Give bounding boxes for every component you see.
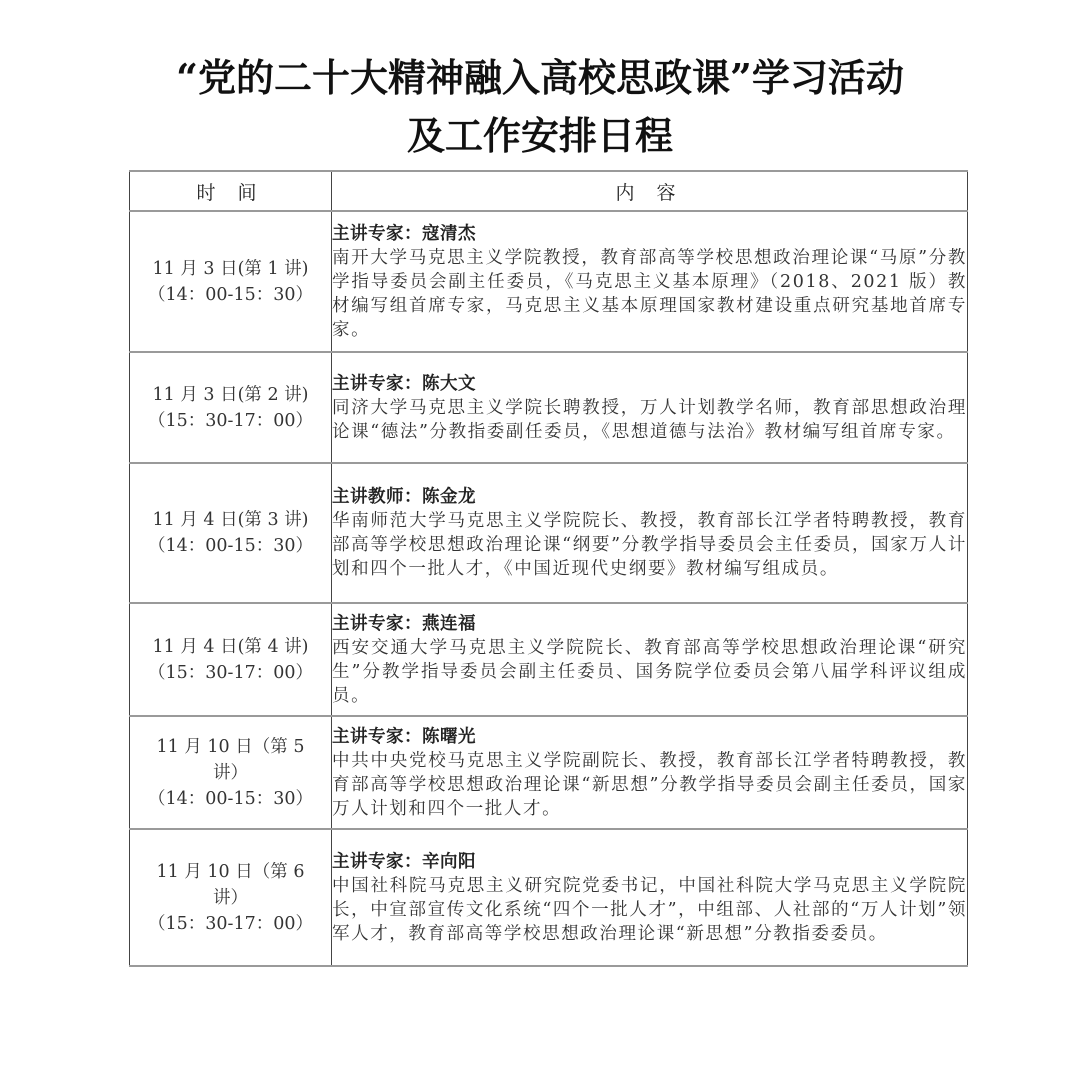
time-range: （15：30-17：00）	[130, 408, 331, 434]
schedule-table: 时 间 内 容 11 月 3 日(第 1 讲) （14：00-15：30） 主讲…	[129, 170, 968, 967]
time-range: （15：30-17：00）	[130, 911, 331, 937]
content-cell: 主讲教师：陈金龙 华南师范大学马克思主义学院院长、教授，教育部长江学者特聘教授，…	[332, 463, 968, 603]
time-date: 11 月 3 日(第 2 讲)	[130, 382, 331, 408]
document-title: “党的二十大精神融入高校思政课”学习活动 及工作安排日程	[0, 52, 1080, 162]
speaker-description: 南开大学马克思主义学院教授，教育部高等学校思想政治理论课“马原”分教学指导委员会…	[332, 246, 967, 342]
time-date-cont: 讲）	[130, 885, 331, 911]
title-line-1: “党的二十大精神融入高校思政课”学习活动	[0, 52, 1080, 104]
content-cell: 主讲专家：燕连福 西安交通大学马克思主义学院院长、教育部高等学校思想政治理论课“…	[332, 603, 968, 716]
time-date: 11 月 10 日（第 5	[130, 734, 331, 760]
time-range: （14：00-15：30）	[130, 533, 331, 559]
header-time: 时 间	[130, 171, 332, 211]
speaker-description: 华南师范大学马克思主义学院院长、教授，教育部长江学者特聘教授，教育部高等学校思想…	[332, 509, 967, 581]
table-row: 11 月 10 日（第 5 讲） （14：00-15：30） 主讲专家：陈曙光 …	[130, 716, 968, 829]
speaker-name: 主讲专家：寇清杰	[332, 222, 967, 246]
speaker-description: 中共中央党校马克思主义学院副院长、教授，教育部长江学者特聘教授，教育部高等学校思…	[332, 749, 967, 821]
speaker-name: 主讲专家：陈大文	[332, 372, 967, 396]
time-date: 11 月 4 日(第 3 讲)	[130, 507, 331, 533]
time-cell: 11 月 4 日(第 4 讲) （15：30-17：00）	[130, 603, 332, 716]
time-date: 11 月 3 日(第 1 讲)	[130, 256, 331, 282]
speaker-description: 西安交通大学马克思主义学院院长、教育部高等学校思想政治理论课“研究生”分教学指导…	[332, 636, 967, 708]
time-cell: 11 月 4 日(第 3 讲) （14：00-15：30）	[130, 463, 332, 603]
time-range: （14：00-15：30）	[130, 786, 331, 812]
time-cell: 11 月 10 日（第 5 讲） （14：00-15：30）	[130, 716, 332, 829]
table-row: 11 月 3 日(第 2 讲) （15：30-17：00） 主讲专家：陈大文 同…	[130, 352, 968, 463]
time-date: 11 月 10 日（第 6	[130, 859, 331, 885]
time-range: （15：30-17：00）	[130, 660, 331, 686]
content-cell: 主讲专家：寇清杰 南开大学马克思主义学院教授，教育部高等学校思想政治理论课“马原…	[332, 211, 968, 352]
speaker-description: 同济大学马克思主义学院长聘教授，万人计划教学名师，教育部思想政治理论课“德法”分…	[332, 396, 967, 444]
header-content: 内 容	[332, 171, 968, 211]
table-row: 11 月 4 日(第 4 讲) （15：30-17：00） 主讲专家：燕连福 西…	[130, 603, 968, 716]
content-cell: 主讲专家：陈曙光 中共中央党校马克思主义学院副院长、教授，教育部长江学者特聘教授…	[332, 716, 968, 829]
table-header-row: 时 间 内 容	[130, 171, 968, 211]
speaker-name: 主讲专家：辛向阳	[332, 850, 967, 874]
table-row: 11 月 4 日(第 3 讲) （14：00-15：30） 主讲教师：陈金龙 华…	[130, 463, 968, 603]
time-cell: 11 月 3 日(第 1 讲) （14：00-15：30）	[130, 211, 332, 352]
table-row: 11 月 10 日（第 6 讲） （15：30-17：00） 主讲专家：辛向阳 …	[130, 829, 968, 966]
speaker-name: 主讲专家：陈曙光	[332, 725, 967, 749]
time-date: 11 月 4 日(第 4 讲)	[130, 634, 331, 660]
time-date-cont: 讲）	[130, 760, 331, 786]
time-range: （14：00-15：30）	[130, 282, 331, 308]
speaker-name: 主讲教师：陈金龙	[332, 485, 967, 509]
time-cell: 11 月 10 日（第 6 讲） （15：30-17：00）	[130, 829, 332, 966]
speaker-description: 中国社科院马克思主义研究院党委书记，中国社科院大学马克思主义学院院长，中宣部宣传…	[332, 874, 967, 946]
content-cell: 主讲专家：辛向阳 中国社科院马克思主义研究院党委书记，中国社科院大学马克思主义学…	[332, 829, 968, 966]
title-line-2: 及工作安排日程	[0, 110, 1080, 162]
table-row: 11 月 3 日(第 1 讲) （14：00-15：30） 主讲专家：寇清杰 南…	[130, 211, 968, 352]
speaker-name: 主讲专家：燕连福	[332, 612, 967, 636]
time-cell: 11 月 3 日(第 2 讲) （15：30-17：00）	[130, 352, 332, 463]
content-cell: 主讲专家：陈大文 同济大学马克思主义学院长聘教授，万人计划教学名师，教育部思想政…	[332, 352, 968, 463]
